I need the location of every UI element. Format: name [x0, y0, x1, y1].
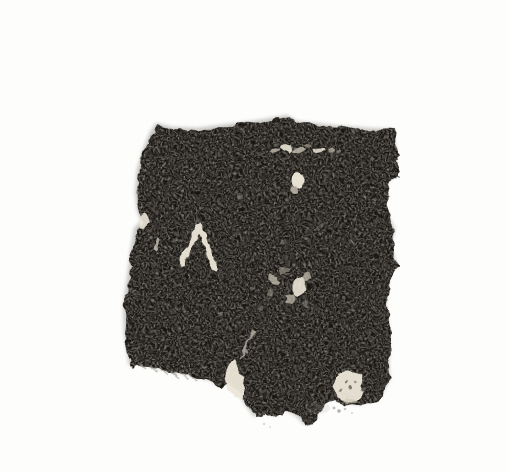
stray-dot — [337, 409, 341, 413]
stray-dot — [333, 407, 336, 410]
fleck — [312, 147, 322, 152]
stray-dot — [263, 423, 265, 425]
speckle — [257, 304, 262, 310]
fleck — [325, 146, 333, 150]
blotch-speck — [342, 379, 346, 383]
fragment-photo — [0, 0, 508, 472]
speckle — [300, 272, 308, 282]
fleck — [290, 147, 302, 153]
blotch-speck — [349, 386, 353, 390]
stray-dot — [269, 426, 271, 428]
stray-dot — [351, 412, 353, 414]
fleck — [335, 148, 340, 152]
stray-dot — [344, 408, 347, 411]
speckle — [265, 287, 271, 295]
shadow-wash — [306, 402, 330, 414]
crack-dot — [243, 346, 247, 352]
fleck — [269, 148, 279, 153]
fleck — [302, 144, 310, 149]
blotch-speck — [354, 378, 357, 381]
speckle — [301, 299, 307, 306]
scanned-page — [0, 0, 508, 472]
fleck — [280, 144, 290, 150]
blotch-tail — [343, 396, 355, 402]
bright-spot-tail — [289, 184, 295, 192]
blotch-speck — [340, 390, 343, 393]
